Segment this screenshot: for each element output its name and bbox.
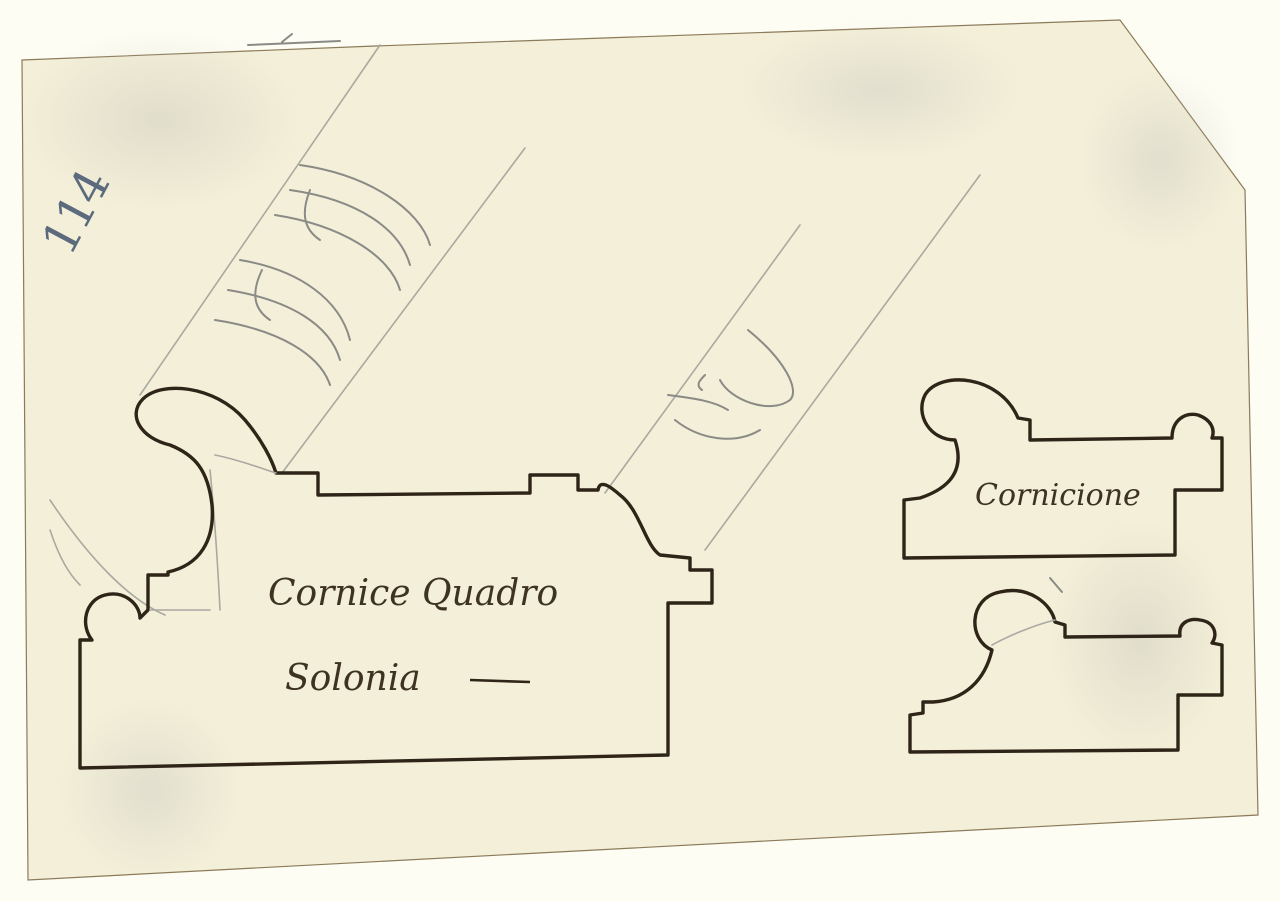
svg-text:Solonia: Solonia xyxy=(285,658,421,699)
svg-text:Cornice Quadro: Cornice Quadro xyxy=(268,573,558,614)
pencil-mark-top xyxy=(248,34,340,45)
drawing-sheet: 114 Cornice Quadro Soloni xyxy=(0,0,1280,901)
cornicione-label: Cornicione xyxy=(975,478,1141,513)
svg-text:Cornicione: Cornicione xyxy=(975,478,1141,513)
